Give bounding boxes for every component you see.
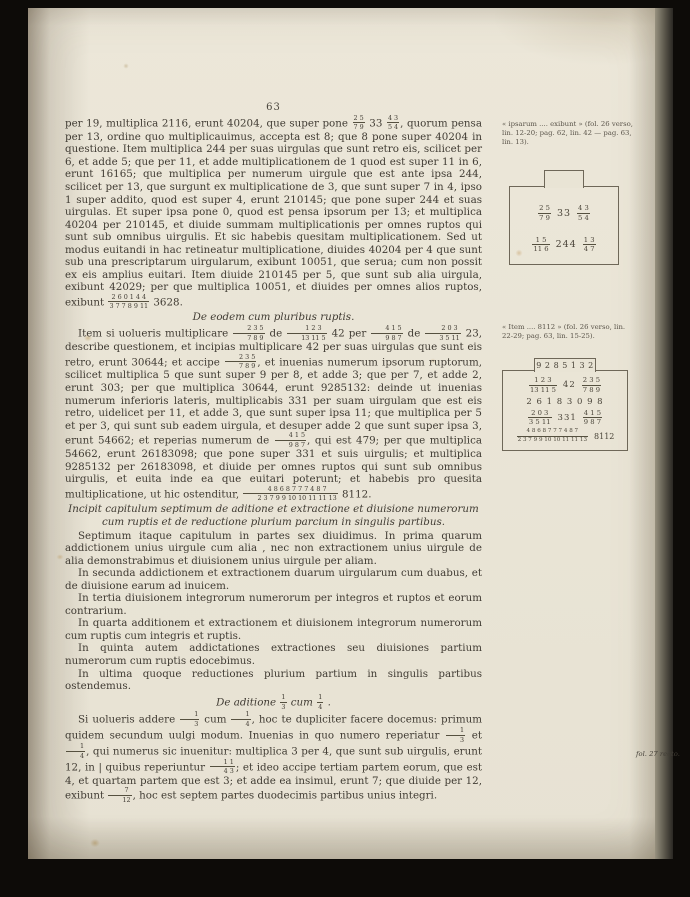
fraction: 4 8 6 8 7 7 7 4 8 72 3 7 9 9 10 10 11 11… bbox=[243, 486, 337, 502]
scanned-book-photo: 63 per 19, multiplica 2116, erunt 40204,… bbox=[0, 0, 690, 897]
margin-column: « ipsarum .... exibunt » (fol. 26 verso,… bbox=[497, 120, 639, 830]
diagram-number: 2 6 1 8 3 0 9 8 bbox=[526, 397, 603, 407]
paragraph-7: In quarta additionem et extractionem et … bbox=[65, 617, 482, 642]
diagram-tab: 9 2 8 5 1 3 2 bbox=[534, 358, 596, 372]
diagram-row: 1 2 313 11 5422 3 57 8 9 bbox=[505, 377, 625, 394]
fraction: 13 bbox=[280, 694, 286, 710]
diagram-number: 33 bbox=[557, 208, 571, 219]
diagram-number: 8112 bbox=[594, 432, 614, 441]
fraction: 4 35 4 bbox=[577, 205, 590, 222]
fraction: 4 1 59 8 7 bbox=[371, 325, 402, 341]
paragraph-2: Item si uolueris multiplicare 2 3 57 8 9… bbox=[65, 325, 482, 501]
fraction: 4 35 4 bbox=[387, 115, 399, 131]
fraction: 1 34 7 bbox=[583, 237, 596, 254]
fraction: 2 0 33 5 11 bbox=[528, 410, 552, 427]
paragraph-11: Si uolueris addere 13 cum 14, hoc te dup… bbox=[65, 711, 482, 803]
fraction: 2 57 9 bbox=[538, 205, 551, 222]
fraction: 1 2 313 11 5 bbox=[529, 377, 557, 394]
margin-note-2: « Item .... 8112 » (fol. 26 verso, lin. … bbox=[497, 323, 634, 341]
paragraph-6: In tertia diuisionem integrorum numeroru… bbox=[65, 592, 482, 617]
fraction: 14 bbox=[317, 694, 323, 710]
fraction: 2 57 9 bbox=[353, 115, 365, 131]
page-number: 63 bbox=[65, 102, 482, 113]
book-fore-edge bbox=[655, 8, 673, 859]
fraction: 13 bbox=[446, 727, 465, 743]
diagram-number: 244 bbox=[556, 239, 577, 250]
diagram-tab bbox=[544, 170, 584, 188]
fraction: 2 3 57 8 9 bbox=[225, 354, 256, 370]
diagram-row: 2 0 33 5 113314 1 59 8 7 bbox=[505, 410, 625, 427]
diagram-number: 42 bbox=[563, 380, 576, 390]
fraction: 4 8 6 8 7 7 7 4 8 72 3 7 9 9 10 10 11 11… bbox=[517, 429, 588, 443]
paragraph-4: Septimum itaque capitulum in partes sex … bbox=[65, 530, 482, 568]
fraction: 2 3 57 8 9 bbox=[233, 325, 264, 341]
diagram-row: 4 8 6 8 7 7 7 4 8 72 3 7 9 9 10 10 11 11… bbox=[505, 429, 625, 443]
fraction: 4 1 59 8 7 bbox=[275, 432, 306, 448]
diagram-row: 1 511 62441 34 7 bbox=[514, 237, 614, 254]
main-text-block: per 19, multiplica 2116, erunt 40204, qu… bbox=[65, 115, 482, 803]
section-heading-1: De eodem cum pluribus ruptis. bbox=[65, 311, 482, 324]
fraction: 13 bbox=[180, 711, 199, 727]
paragraph-8: In quinta autem addictationes extraction… bbox=[65, 642, 482, 667]
fraction: 14 bbox=[231, 711, 250, 727]
fraction: 712 bbox=[108, 787, 131, 803]
fraction: 14 bbox=[66, 743, 85, 759]
fraction: 2 3 57 8 9 bbox=[582, 377, 601, 394]
fraction: 2 6 0 1 4 43 7 7 8 9 11 bbox=[108, 294, 149, 310]
paragraph-9: In ultima quoque reductiones plurium par… bbox=[65, 668, 482, 693]
fraction: 1 511 6 bbox=[532, 237, 549, 254]
folio-marginal-note: fol. 27 recto. bbox=[636, 750, 690, 758]
fraction: 2 0 33 5 11 bbox=[425, 325, 460, 341]
section-heading-3: Incipit capitulum septimum de aditione e… bbox=[65, 503, 482, 528]
section-heading-10: De aditione 13 cum 14 . bbox=[65, 694, 482, 710]
diagram-row: 2 57 9334 35 4 bbox=[514, 205, 614, 222]
paragraph-0: per 19, multiplica 2116, erunt 40204, qu… bbox=[65, 115, 482, 310]
diagram-row: 2 6 1 8 3 0 9 8 bbox=[505, 397, 625, 407]
fraction: 1 2 313 11 5 bbox=[287, 325, 326, 341]
diagram-number: 331 bbox=[558, 413, 577, 423]
fraction: 1 14 3 bbox=[210, 759, 235, 775]
calculation-diagram-1: 2 57 9334 35 41 511 62441 34 7 bbox=[509, 186, 619, 265]
margin-note-1: « ipsarum .... exibunt » (fol. 26 verso,… bbox=[497, 120, 634, 146]
paragraph-5: In secunda addictionem et extractionem d… bbox=[65, 567, 482, 592]
fraction: 4 1 59 8 7 bbox=[583, 410, 602, 427]
calculation-diagram-2: 9 2 8 5 1 3 21 2 313 11 5422 3 57 8 92 6… bbox=[502, 370, 628, 451]
